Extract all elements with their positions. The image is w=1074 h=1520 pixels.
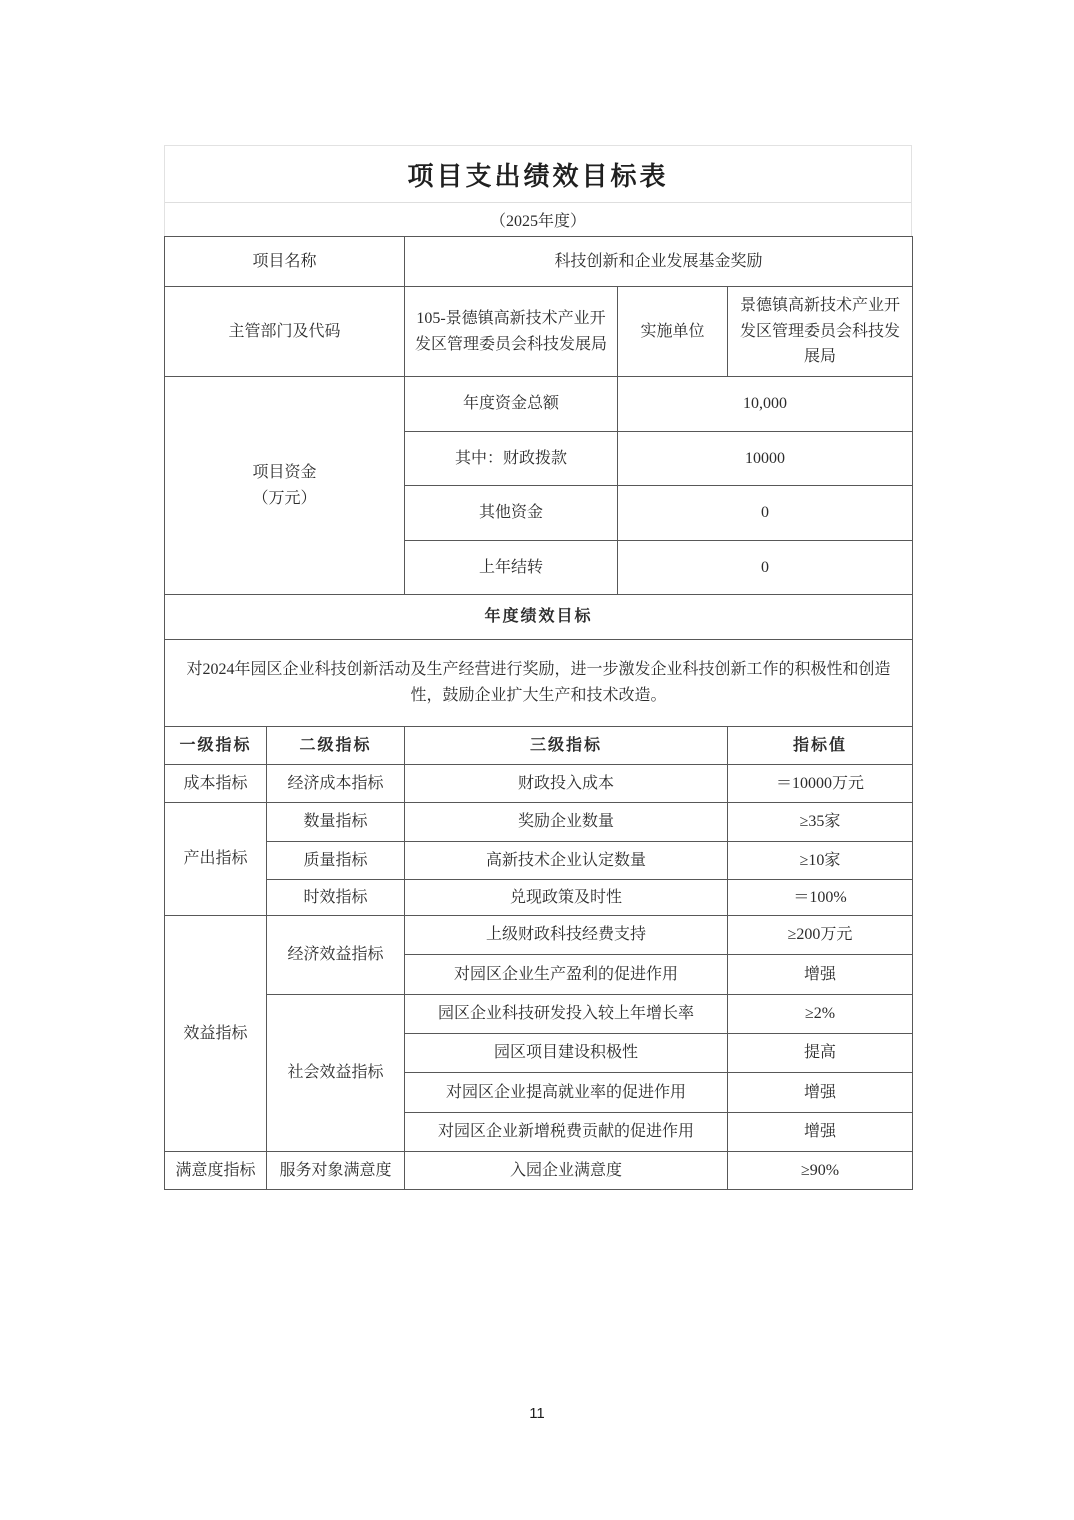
indicator-l3-cell: 园区项目建设积极性 (405, 1034, 728, 1073)
indicator-value-cell: ≥90% (728, 1152, 913, 1190)
performance-target-table: 项目名称 科技创新和企业发展基金奖励 主管部门及代码 105-景德镇高新技术产业… (164, 236, 913, 1190)
indicator-l3-cell: 对园区企业新增税费贡献的促进作用 (405, 1113, 728, 1152)
funding-row-label-cell: 上年结转 (405, 541, 618, 595)
indicator-header-value: 指标值 (728, 727, 913, 765)
indicator-l1-cell: 效益指标 (165, 916, 267, 1152)
title-block: 项目支出绩效目标表 （2025年度） (164, 145, 912, 236)
annual-target-text-cell: 对2024年园区企业科技创新活动及生产经营进行奖励，进一步激发企业科技创新工作的… (165, 640, 913, 727)
page-title: 项目支出绩效目标表 (165, 146, 911, 203)
funding-row-value-cell: 0 (618, 486, 913, 541)
impl-unit-label-cell: 实施单位 (618, 287, 728, 377)
indicator-l3-cell: 财政投入成本 (405, 765, 728, 803)
dept-code-label-cell: 主管部门及代码 (165, 287, 405, 377)
indicator-l3-cell: 入园企业满意度 (405, 1152, 728, 1190)
annual-target-header-cell: 年度绩效目标 (165, 595, 913, 640)
indicator-value-cell: ＝100% (728, 880, 913, 916)
indicator-l2-cell: 服务对象满意度 (267, 1152, 405, 1190)
project-funding-label: 项目资金 (171, 460, 398, 486)
indicator-l3-cell: 奖励企业数量 (405, 803, 728, 842)
performance-target-document: 项目支出绩效目标表 （2025年度） 项目名称 科技创新和企业发展基金奖励 主管… (164, 145, 912, 1190)
indicator-value-cell: 提高 (728, 1034, 913, 1073)
indicator-value-cell: ＝10000万元 (728, 765, 913, 803)
project-name-value-cell: 科技创新和企业发展基金奖励 (405, 237, 913, 287)
indicator-l2-cell: 社会效益指标 (267, 995, 405, 1152)
impl-unit-value-cell: 景德镇高新技术产业开发区管理委员会科技发展局 (728, 287, 913, 377)
page-subtitle: （2025年度） (165, 203, 911, 236)
page-number: 11 (0, 1405, 1074, 1422)
funding-row-value-cell: 0 (618, 541, 913, 595)
project-name-label-cell: 项目名称 (165, 237, 405, 287)
project-funding-group-cell: 项目资金 （万元） (165, 377, 405, 595)
indicator-value-cell: ≥200万元 (728, 916, 913, 955)
indicator-l2-cell: 经济成本指标 (267, 765, 405, 803)
funding-row-label-cell: 其他资金 (405, 486, 618, 541)
funding-row-label-cell: 其中：财政拨款 (405, 432, 618, 486)
indicator-value-cell: ≥2% (728, 995, 913, 1034)
indicator-l1-cell: 成本指标 (165, 765, 267, 803)
indicator-l3-cell: 对园区企业提高就业率的促进作用 (405, 1073, 728, 1113)
indicator-l2-cell: 质量指标 (267, 842, 405, 880)
indicator-l3-cell: 上级财政科技经费支持 (405, 916, 728, 955)
indicator-header-level3: 三级指标 (405, 727, 728, 765)
indicator-l1-cell: 满意度指标 (165, 1152, 267, 1190)
indicator-l2-cell: 数量指标 (267, 803, 405, 842)
indicator-l2-cell: 时效指标 (267, 880, 405, 916)
indicator-l2-cell: 经济效益指标 (267, 916, 405, 995)
indicator-l1-cell: 产出指标 (165, 803, 267, 916)
funding-row-value-cell: 10000 (618, 432, 913, 486)
indicator-l3-cell: 兑现政策及时性 (405, 880, 728, 916)
indicator-value-cell: 增强 (728, 1113, 913, 1152)
indicator-value-cell: ≥35家 (728, 803, 913, 842)
indicator-header-level2: 二级指标 (267, 727, 405, 765)
indicator-l3-cell: 高新技术企业认定数量 (405, 842, 728, 880)
dept-code-value-cell: 105-景德镇高新技术产业开发区管理委员会科技发展局 (405, 287, 618, 377)
indicator-value-cell: 增强 (728, 1073, 913, 1113)
funding-row-label-cell: 年度资金总额 (405, 377, 618, 432)
indicator-header-level1: 一级指标 (165, 727, 267, 765)
indicator-l3-cell: 对园区企业生产盈利的促进作用 (405, 955, 728, 995)
indicator-l3-cell: 园区企业科技研发投入较上年增长率 (405, 995, 728, 1034)
funding-row-value-cell: 10,000 (618, 377, 913, 432)
indicator-value-cell: ≥10家 (728, 842, 913, 880)
indicator-value-cell: 增强 (728, 955, 913, 995)
project-funding-unit: （万元） (171, 486, 398, 512)
